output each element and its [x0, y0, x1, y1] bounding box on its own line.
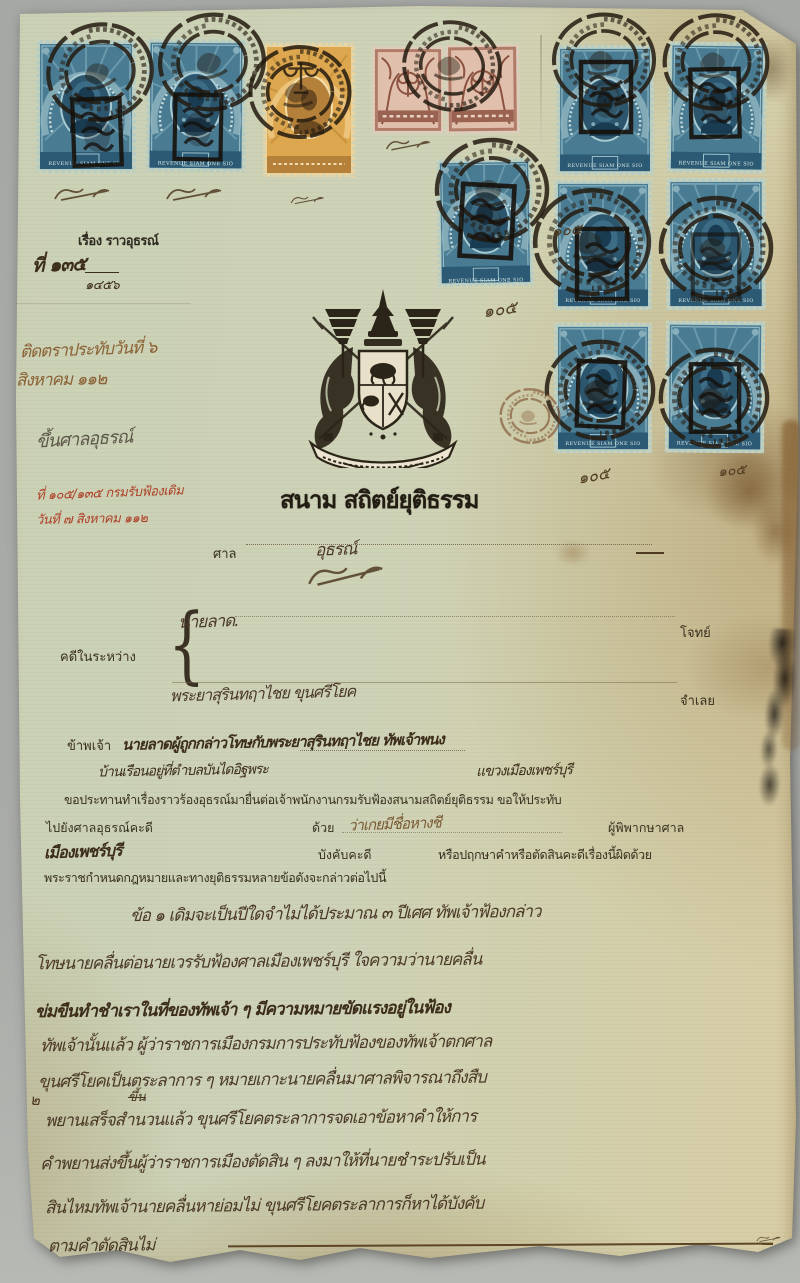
defendant-role-label: จำเลย [680, 690, 715, 711]
date-received-note: ติดตราประทับวันที่ ๖ [20, 334, 157, 366]
boxed-overprint-icon [690, 230, 742, 304]
defendant-fill-line [172, 682, 677, 683]
stamp-inscription: REVENUE SIAM ONE SIO [555, 163, 655, 169]
boxed-overprint-icon [578, 58, 634, 136]
petition-printed: ขอประทานทำเรื่องราวร้องอุธรณ์มายื่นต่อเจ… [64, 790, 561, 810]
clerk-signature: ขึ้นศาลอุธรณ์ [35, 421, 133, 455]
petition-handwriting: บ้านเรือนอยู่ที่ตำบลบันไดอิฐพระ [98, 759, 268, 784]
petition-printed: ไปยังศาลอุธรณ์คะดี [46, 818, 153, 838]
subject-line: เรื่อง ราวอุธรณ์ [78, 230, 158, 251]
handwritten-mark: ๑๐๕ [481, 294, 518, 325]
handwritten-mark: ๑๐๕ [551, 217, 583, 244]
boxed-overprint-icon [69, 95, 125, 169]
pen-flourish [164, 183, 226, 205]
body-handwriting-line: ทัพเจ้านั้นแล้ว ผู้ว่าราชการเมืองกรมการป… [40, 1028, 491, 1060]
petition-printed: หรือปฤกษาคำหรือตัดสินคะดีเรื่องนี้ผิดด้ว… [438, 845, 652, 865]
court-fill-line [246, 544, 652, 545]
plaintiff-fill-line [235, 616, 675, 617]
court-title: สนาม สถิตย์ยุติธรรม [280, 480, 478, 519]
ink-smudge [737, 627, 798, 807]
case-number-denominator: ๑๔๕๖ [85, 272, 119, 295]
petition-printed: พระราชกำหนดกฎหมายและทางยุติธรรมหลายข้อดั… [44, 868, 386, 888]
petition-handwriting: แขวงเมืองเพชร์บุรี [476, 759, 572, 783]
paper-crease [16, 303, 191, 305]
body-handwriting-line: พยานเสร็จสำนวนแล้ว ขุนศรีโยคตระลาการจดเอ… [45, 1103, 476, 1135]
petition-handwriting: เมืองเพชร์บุรี [44, 839, 122, 867]
body-handwriting-line: ขุนศรีโยคเป็นตระลาการ ๆ หมายเกาะนายคลื่น… [38, 1064, 486, 1096]
pen-flourish [52, 183, 114, 205]
date-received-note: สิงหาคม ๑๑๒ [16, 365, 107, 394]
registry-red-note: วันที่ ๗ สิงหาคม ๑๑๒ [36, 507, 148, 530]
siam-coat-of-arms [283, 287, 483, 468]
petition-underline [342, 832, 562, 833]
scales-of-justice-icon [280, 58, 322, 100]
petition-handwriting: ว่าเกยมีชื่อหางชี [348, 810, 442, 837]
pen-flourish [756, 1232, 782, 1246]
body-handwriting-line: ข่มขืนทำชำเราในที่ของทัพเจ้า ๆ มีความหมา… [35, 994, 450, 1025]
plaintiff-name: นายลาด. [178, 607, 239, 636]
body-insert-mark: ขึ้น [128, 1086, 146, 1107]
pen-flourish [385, 136, 433, 154]
postmark-cancel-icon [390, 9, 515, 123]
court-fill-dash [636, 552, 664, 554]
boxed-overprint-icon [169, 92, 226, 163]
boxed-overprint-icon [688, 360, 742, 436]
body-handwriting-line: โทษนายคลื่นต่อนายเวรรับฟ้องศาลเมืองเพชร์… [35, 946, 482, 978]
petition-printed: ข้าพเจ้า [67, 735, 111, 756]
petition-printed: บังคับคะดี [318, 845, 372, 865]
petition-printed: ผู้พิพากษาศาล [608, 818, 684, 838]
scanned-document-photo: { "colors":{ "background_gray":"#a9aba8"… [0, 0, 800, 1283]
pen-flourish [290, 192, 326, 208]
case-number: ที่ ๑๓๕ [31, 249, 86, 281]
boxed-overprint-icon [574, 355, 629, 433]
court-label: ศาล [213, 543, 237, 564]
plaintiff-role-label: โจทย์ [680, 622, 711, 643]
body-handwriting-line: ตามคำตัดสินไม่ [48, 1231, 155, 1259]
defendant-name: พระยาสุรินทฤาไชย ขุนศรีโยค [170, 680, 356, 710]
boxed-overprint-icon [456, 181, 518, 262]
body-handwriting-line: คำพยานส่งขึ้นผู้ว่าราชการเมืองตัดสิน ๆ ล… [40, 1146, 485, 1178]
petition-printed: ด้วย [312, 818, 334, 838]
boxed-overprint-icon [687, 66, 742, 141]
case-between-label: คดีในระหว่าง [60, 646, 136, 667]
court-value: อุธรณ์ [315, 535, 357, 563]
handwritten-mark: ๑๐๕ [717, 459, 747, 483]
body-handwriting-line: ข้อ ๑ เดิมจะเป็นปีใดจำไม่ได้ประมาณ ๓ ปีเ… [130, 898, 541, 929]
petition-underline [300, 750, 465, 751]
body-handwriting-line: สินไหมทัพเจ้านายคลื่นหาย่อมไม่ ขุนศรีโยค… [45, 1190, 484, 1222]
